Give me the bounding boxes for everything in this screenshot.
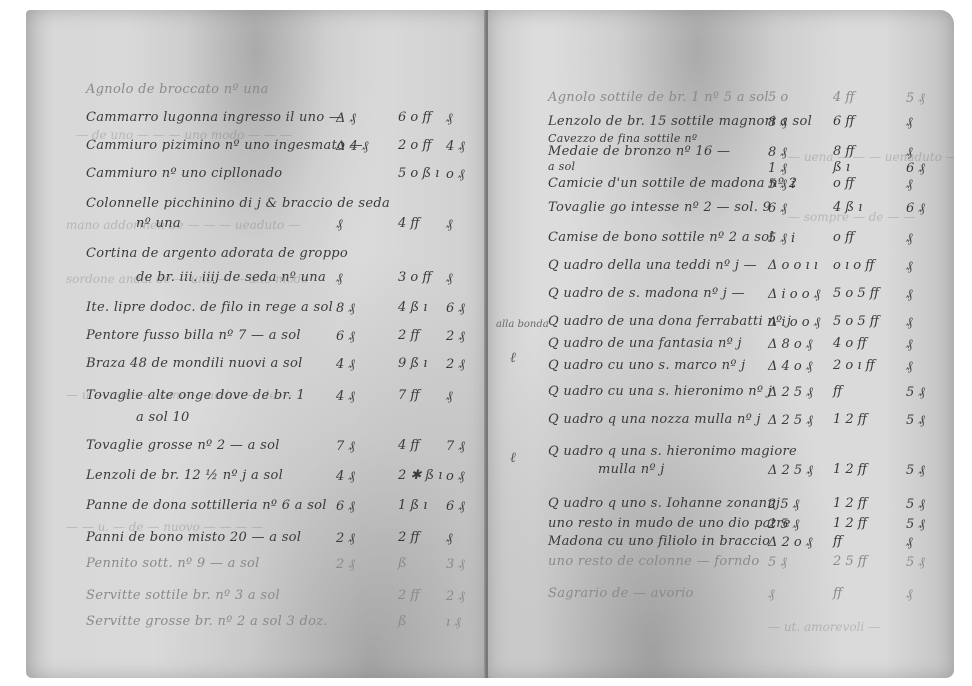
entry-quantity: 2 ₰ [336, 530, 355, 546]
entry-description: uno resto in mudo de uno dio patre [548, 516, 791, 531]
entry-description: Medaie de bronzo nº 16 — [548, 144, 730, 159]
entry-denomination: 6 ₰ [446, 498, 465, 514]
entry-value: 5 o 5 ff [833, 286, 879, 301]
entry-value: ß ı [833, 160, 850, 175]
manuscript-spread: — de uno — — — uno modo — — — mano addor… [0, 0, 972, 686]
entry-value: 5 o 5 ff [833, 314, 879, 329]
entry-denomination: ₰ [906, 336, 913, 352]
entry-quantity: 1 ₰ [768, 160, 787, 176]
entry-description: a sol [548, 160, 575, 173]
entry-value: 4 ff [398, 438, 420, 453]
margin-mark: ℓ [510, 350, 516, 367]
entry-value: ß [398, 556, 407, 571]
entry-denomination: o ₰ [446, 468, 464, 484]
entry-quantity: 6 ₰ [336, 498, 355, 514]
entry-denomination: 6 ₰ [906, 160, 925, 176]
entry-description: Agnolo sottile de br. 1 nº 5 a sol [548, 90, 769, 105]
entry-denomination: 5 ₰ [906, 516, 925, 532]
entry-value: 9 ß ı [398, 356, 427, 371]
entry-denomination: 6 ₰ [446, 300, 465, 316]
margin-mark: ℓ [510, 450, 516, 467]
entry-description: Cammiuro pizimino nº uno ingesmato — [86, 138, 363, 153]
entry-description: Pentore fusso billa nº 7 — a sol [86, 328, 301, 343]
entry-value: 1 2 ff [833, 412, 867, 427]
entry-denomination: ₰ [906, 258, 913, 274]
entry-value: 3 o ff [398, 270, 432, 285]
entry-quantity: 5 ₰ [768, 554, 787, 570]
entry-quantity: ₰ [336, 270, 343, 286]
entry-denomination: ₰ [906, 230, 913, 246]
entry-value: 2 5 ff [833, 554, 867, 569]
entry-description: Q uadro cu una s. hieronimo nº j [548, 384, 772, 399]
entry-value: 4 ff [833, 90, 855, 105]
entry-quantity: Δ o o ı ı [768, 258, 818, 273]
entry-quantity: Δ 8 o ₰ [768, 336, 812, 352]
entry-denomination: 5 ₰ [906, 462, 925, 478]
entry-denomination: ₰ [906, 534, 913, 550]
entry-quantity: Δ i o o ₰ [768, 314, 820, 330]
entry-description: Agnolo de broccato nº una [86, 82, 269, 97]
entry-denomination: ₰ [446, 270, 453, 286]
entry-value: 5 o ß ı [398, 166, 439, 181]
entry-denomination: 2 ₰ [446, 588, 465, 604]
entry-denomination: ₰ [906, 176, 913, 192]
entry-quantity: 5 o [768, 90, 788, 105]
entry-description: Cammiuro nº uno cipllonado [86, 166, 282, 181]
entry-quantity: 2 5 ₰ [768, 516, 799, 532]
entry-description: Q uadro de una dona ferrabatti nº j [548, 314, 791, 329]
entry-quantity: 6 ₰ [768, 200, 787, 216]
entry-quantity: 4 ₰ [336, 468, 355, 484]
entry-description: Braza 48 de mondili nuovi a sol [86, 356, 303, 371]
entry-description: Madona cu uno filiolo in braccio [548, 534, 770, 549]
entry-quantity: 2 ₰ [336, 556, 355, 572]
entry-quantity: Δ 4 o ₰ [768, 358, 812, 374]
entry-description: Q uadro della una teddi nº j — [548, 258, 757, 273]
entry-denomination: 5 ₰ [906, 554, 925, 570]
entry-value: 2 ✱ ß ı [398, 468, 442, 483]
entry-quantity: 8 ₰ [768, 114, 787, 130]
right-page: alla bonda ℓ ℓ — uena — — — uenaduto — —… [488, 10, 954, 678]
entry-denomination: ₰ [906, 358, 913, 374]
entry-description: Cammarro lugonna ingresso il uno — [86, 110, 342, 125]
entry-value: 6 o ff [398, 110, 432, 125]
entry-description: Q uadro de s. madona nº j — [548, 286, 745, 301]
entry-denomination: ₰ [906, 114, 913, 130]
entry-quantity: 8 ₰ [336, 300, 355, 316]
entry-value: ff [833, 534, 842, 549]
entry-denomination: 7 ₰ [446, 438, 465, 454]
entry-value: ff [833, 586, 842, 601]
entry-value: 2 ff [398, 588, 420, 603]
entry-quantity: Δ i o o ₰ [768, 286, 820, 302]
entry-description: Q uadro q uno s. Iohanne zonannj [548, 496, 780, 511]
entry-description: Q uadro q una s. hieronimo magiore [548, 444, 797, 459]
entry-description: Q uadro de una fantasia nº j [548, 336, 742, 351]
entry-value: 4 ß ı [398, 300, 427, 315]
entry-value: 1 2 ff [833, 462, 867, 477]
entry-value: 4 ff [398, 216, 420, 231]
entry-quantity: 2 5 ₰ [768, 496, 799, 512]
entry-description: Sagrario de — avorio [548, 586, 694, 601]
entry-quantity: ₰ [336, 216, 343, 232]
entry-denomination: ı ₰ [446, 614, 461, 630]
entry-value: 2 o ı ff [833, 358, 875, 373]
entry-value: 8 ff [833, 144, 855, 159]
entry-denomination: ₰ [446, 216, 453, 232]
entry-description: Panne de dona sottilleria nº 6 a sol [86, 498, 327, 513]
entry-description: Panni de bono misto 20 — a sol [86, 530, 301, 545]
entry-value: 2 ff [398, 530, 420, 545]
entry-value: o ff [833, 176, 854, 191]
entry-value: 4 o ff [833, 336, 867, 351]
entry-denomination: ₰ [446, 388, 453, 404]
entry-denomination: 5 ₰ [906, 496, 925, 512]
entry-description: mulla nº j [598, 462, 665, 477]
entry-description: Q uadro q una nozza mulla nº j [548, 412, 761, 427]
entry-quantity: 5 ₰ i [768, 230, 795, 246]
entry-description: Tovaglie alte onge dove de br. 1 [86, 388, 305, 403]
entry-description: Lenzoli de br. 12 ½ nº j a sol [86, 468, 283, 483]
entry-quantity: ₰ [768, 586, 775, 602]
entry-description: Ite. lipre dodoc. de filo in rege a sol [86, 300, 333, 315]
entry-quantity: Δ 2 o ₰ [768, 534, 812, 550]
entry-quantity: 5 ₰ i [768, 176, 795, 192]
entry-description: Servitte grosse br. nº 2 a sol 3 doz. [86, 614, 328, 629]
entry-description: Camicie d'un sottile de madona nº 2 [548, 176, 797, 191]
entry-denomination: 2 ₰ [446, 356, 465, 372]
entry-description: nº una [136, 216, 181, 231]
entry-description: Pennito sott. nº 9 — a sol [86, 556, 260, 571]
entry-description: Camise de bono sottile nº 2 a sol [548, 230, 774, 245]
entry-quantity: Δ ₰ [336, 110, 356, 126]
entry-quantity: 7 ₰ [336, 438, 355, 454]
entry-denomination: o ₰ [446, 166, 464, 182]
entry-denomination: 5 ₰ [906, 412, 925, 428]
entry-value: 7 ff [398, 388, 420, 403]
margin-note: alla bonda [496, 319, 549, 330]
entry-denomination: 2 ₰ [446, 328, 465, 344]
entry-description: uno resto de colonne — forndo [548, 554, 759, 569]
entry-description: Colonnelle picchinino di j & braccio de … [86, 196, 390, 211]
entry-quantity: 4 ₰ [336, 388, 355, 404]
entry-value: o ff [833, 230, 854, 245]
entry-quantity: Δ 4 ₰ [336, 138, 368, 154]
entry-denomination: 5 ₰ [906, 384, 925, 400]
left-page: — de uno — — — uno modo — — — mano addor… [26, 10, 486, 678]
entry-quantity: 8 ₰ [768, 144, 787, 160]
entry-denomination: 6 ₰ [906, 200, 925, 216]
entry-value: 1 ß ı [398, 498, 427, 513]
entry-denomination: ₰ [446, 530, 453, 546]
entry-value: 4 ß ı [833, 200, 862, 215]
entry-description: Servitte sottile br. nº 3 a sol [86, 588, 280, 603]
entry-description: Q uadro cu uno s. marco nº j [548, 358, 745, 373]
entry-quantity: 4 ₰ [336, 356, 355, 372]
entry-quantity: Δ 2 5 ₰ [768, 384, 813, 400]
entry-quantity: Δ 2 5 ₰ [768, 462, 813, 478]
entry-denomination: 5 ₰ [906, 90, 925, 106]
entry-value: 2 o ff [398, 138, 432, 153]
entry-value: ff [833, 384, 842, 399]
entry-denomination: 3 ₰ [446, 556, 465, 572]
entry-value: 6 ff [833, 114, 855, 129]
entry-value: 1 2 ff [833, 496, 867, 511]
entry-quantity: Δ 2 5 ₰ [768, 412, 813, 428]
entry-description: Tovaglie go intesse nº 2 — sol. 9 [548, 200, 771, 215]
entry-value: ß [398, 614, 407, 629]
entry-description: Cortina de argento adorata de groppo [86, 246, 348, 261]
entry-description: Tovaglie grosse nº 2 — a sol [86, 438, 280, 453]
entry-denomination: ₰ [906, 144, 913, 160]
entry-quantity: 6 ₰ [336, 328, 355, 344]
entry-value: 2 ff [398, 328, 420, 343]
entry-denomination: ₰ [906, 286, 913, 302]
entry-description: a sol 10 [136, 410, 190, 425]
entry-denomination: ₰ [446, 110, 453, 126]
entry-value: 1 2 ff [833, 516, 867, 531]
entry-description: de br. iii. iiij de seda nº una [136, 270, 326, 285]
entry-denomination: ₰ [906, 314, 913, 330]
entry-denomination: 4 ₰ [446, 138, 465, 154]
entry-value: o ı o ff [833, 258, 874, 273]
entry-denomination: ₰ [906, 586, 913, 602]
